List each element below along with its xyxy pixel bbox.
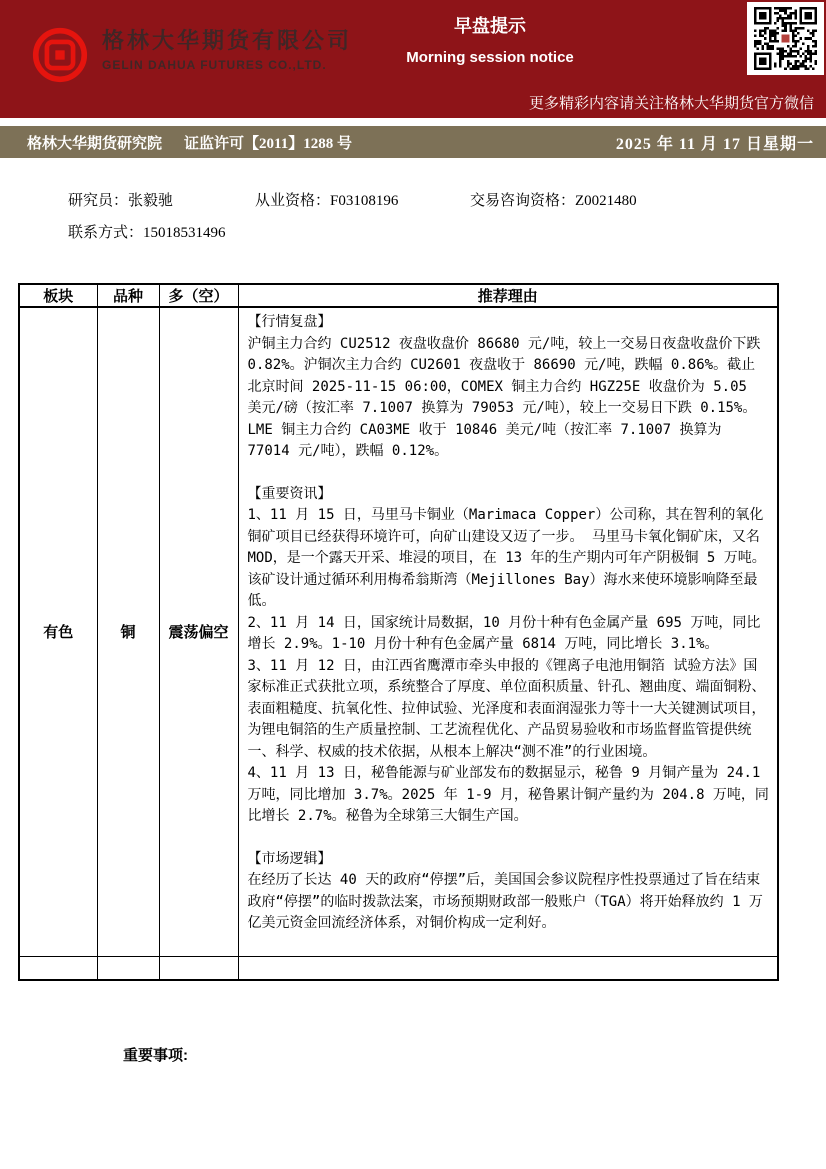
- section-paragraph: 沪铜主力合约 CU2512 夜盘收盘价 86680 元/吨，较上一交易日夜盘收盘…: [248, 334, 770, 463]
- section-market-logic: 【市场逻辑】 在经历了长达 40 天的政府“停摆”后，美国国会参议院程序性投票通…: [248, 849, 770, 935]
- reason-content: 【行情复盘】 沪铜主力合约 CU2512 夜盘收盘价 86680 元/吨，较上一…: [239, 308, 778, 949]
- researcher-contact: 联系方式：15018531496: [68, 221, 226, 242]
- researcher-advisory-qualification: 交易咨询资格：Z0021480: [470, 189, 637, 210]
- important-matters-label: 重要事项:: [123, 1044, 188, 1065]
- section-heading: 【市场逻辑】: [248, 849, 770, 871]
- notice-title-block: 早盘提示 Morning session notice: [360, 14, 620, 68]
- masthead: 格林大华期货有限公司 GELIN DAHUA FUTURES CO.,LTD. …: [0, 0, 826, 118]
- institute-license: 格林大华期货研究院证监许可【2011】1288 号: [27, 132, 352, 153]
- section-heading: 【行情复盘】: [248, 312, 770, 334]
- notice-title-en: Morning session notice: [360, 48, 620, 68]
- col-header-sector: 板块: [19, 284, 97, 307]
- news-item-4: 4、11 月 13 日，秘鲁能源与矿业部发布的数据显示，秘鲁 9 月铜产量为 2…: [248, 763, 770, 828]
- col-header-variety: 品种: [97, 284, 159, 307]
- table-row: 有色 铜 震荡偏空 【行情复盘】 沪铜主力合约 CU2512 夜盘收盘价 866…: [19, 307, 778, 956]
- col-header-reason: 推荐理由: [238, 284, 778, 307]
- cell-variety: 铜: [97, 307, 159, 956]
- news-item-2: 2、11 月 14 日，国家统计局数据，10 月份十种有色金属产量 695 万吨…: [248, 613, 770, 656]
- company-name-cn: 格林大华期货有限公司: [102, 28, 352, 54]
- company-logo-icon: [32, 27, 88, 83]
- researcher-qualification: 从业资格：F03108196: [255, 189, 398, 210]
- morning-notice-page: 格林大华期货有限公司 GELIN DAHUA FUTURES CO.,LTD. …: [0, 0, 826, 1169]
- cell-stance: 震荡偏空: [159, 307, 238, 956]
- news-item-3: 3、11 月 12 日，由江西省鹰潭市牵头申报的《锂离子电池用铜箔 试验方法》国…: [248, 656, 770, 764]
- section-paragraph: 在经历了长达 40 天的政府“停摆”后，美国国会参议院程序性投票通过了旨在结束政…: [248, 870, 770, 935]
- notice-title-cn: 早盘提示: [360, 14, 620, 38]
- table-header-row: 板块 品种 多（空） 推荐理由: [19, 284, 778, 307]
- wechat-follow-note: 更多精彩内容请关注格林大华期货官方微信: [529, 92, 814, 113]
- cell-sector: 有色: [19, 307, 97, 956]
- institute-name: 格林大华期货研究院: [27, 136, 162, 152]
- company-name-block: 格林大华期货有限公司 GELIN DAHUA FUTURES CO.,LTD.: [102, 28, 352, 73]
- section-key-news: 【重要资讯】 1、11 月 15 日，马里马卡铜业（Marimaca Coppe…: [248, 484, 770, 828]
- section-market-review: 【行情复盘】 沪铜主力合约 CU2512 夜盘收盘价 86680 元/吨，较上一…: [248, 312, 770, 463]
- report-date: 2025 年 11 月 17 日星期一: [616, 131, 814, 154]
- news-item-1: 1、11 月 15 日，马里马卡铜业（Marimaca Copper）公司称，其…: [248, 505, 770, 613]
- institute-bar: 格林大华期货研究院证监许可【2011】1288 号 2025 年 11 月 17…: [0, 126, 826, 158]
- recommendation-table: 板块 品种 多（空） 推荐理由 有色 铜 震荡偏空 【行情复盘】 沪铜主力合约 …: [18, 283, 779, 981]
- col-header-stance: 多（空）: [159, 284, 238, 307]
- cell-reason: 【行情复盘】 沪铜主力合约 CU2512 夜盘收盘价 86680 元/吨，较上一…: [238, 307, 778, 956]
- section-heading: 【重要资讯】: [248, 484, 770, 506]
- license-number: 证监许可【2011】1288 号: [184, 136, 352, 152]
- researcher-name: 研究员：张毅驰: [68, 189, 173, 210]
- table-row-empty: [19, 956, 778, 980]
- wechat-qr-code: [747, 2, 824, 75]
- company-name-en: GELIN DAHUA FUTURES CO.,LTD.: [102, 57, 352, 73]
